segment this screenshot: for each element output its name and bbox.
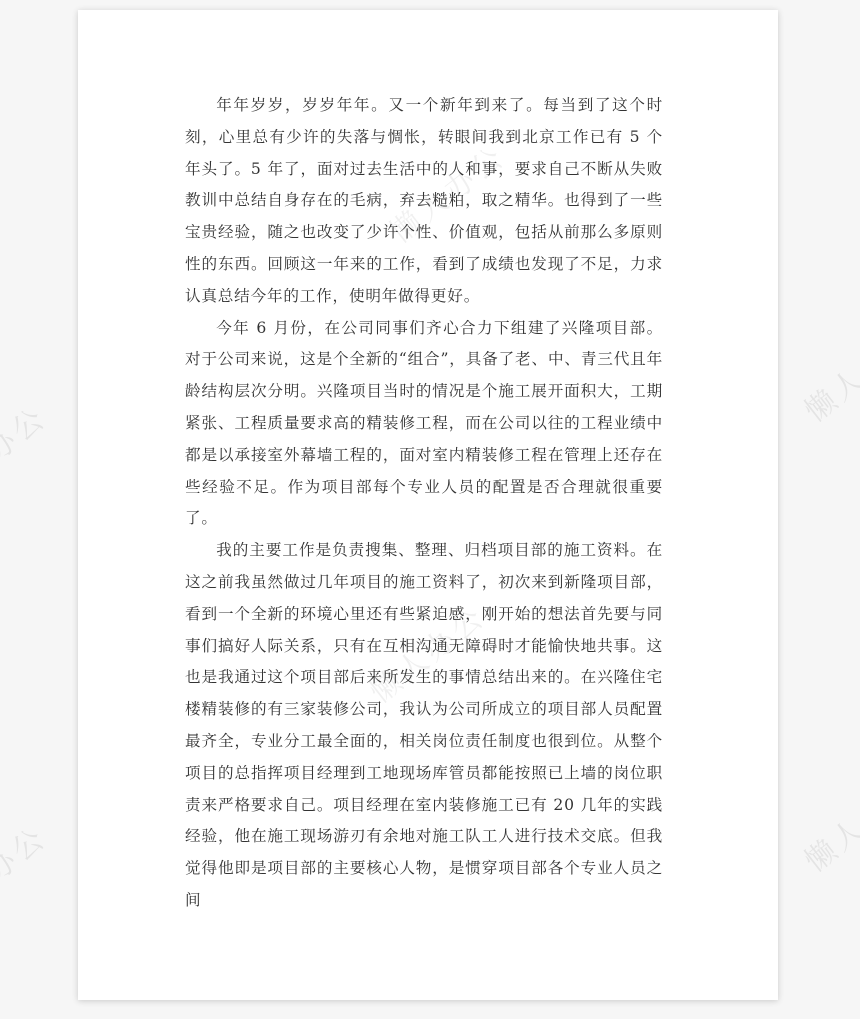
watermark-right-top: 懒人 (794, 354, 860, 431)
watermark-left-bottom: 办公 (0, 814, 54, 891)
watermark-right-bottom: 懒人 (794, 804, 860, 881)
document-page: 懒人办公 懒人办公 年年岁岁，岁岁年年。又一个新年到来了。每当到了这个时刻，心里… (78, 10, 778, 1000)
document-body: 年年岁岁，岁岁年年。又一个新年到来了。每当到了这个时刻，心里总有少许的失落与惆怅… (185, 90, 663, 917)
paragraph-1: 年年岁岁，岁岁年年。又一个新年到来了。每当到了这个时刻，心里总有少许的失落与惆怅… (185, 90, 663, 313)
paragraph-2: 今年 6 月份，在公司同事们齐心合力下组建了兴隆项目部。对于公司来说，这是个全新… (185, 313, 663, 536)
paragraph-3: 我的主要工作是负责搜集、整理、归档项目部的施工资料。在这之前我虽然做过几年项目的… (185, 535, 663, 917)
document-viewer: 办公 办公 懒人 懒人 懒人办公 懒人办公 年年岁岁，岁岁年年。又一个新年到来了… (0, 0, 860, 1019)
watermark-left-top: 办公 (0, 394, 54, 471)
